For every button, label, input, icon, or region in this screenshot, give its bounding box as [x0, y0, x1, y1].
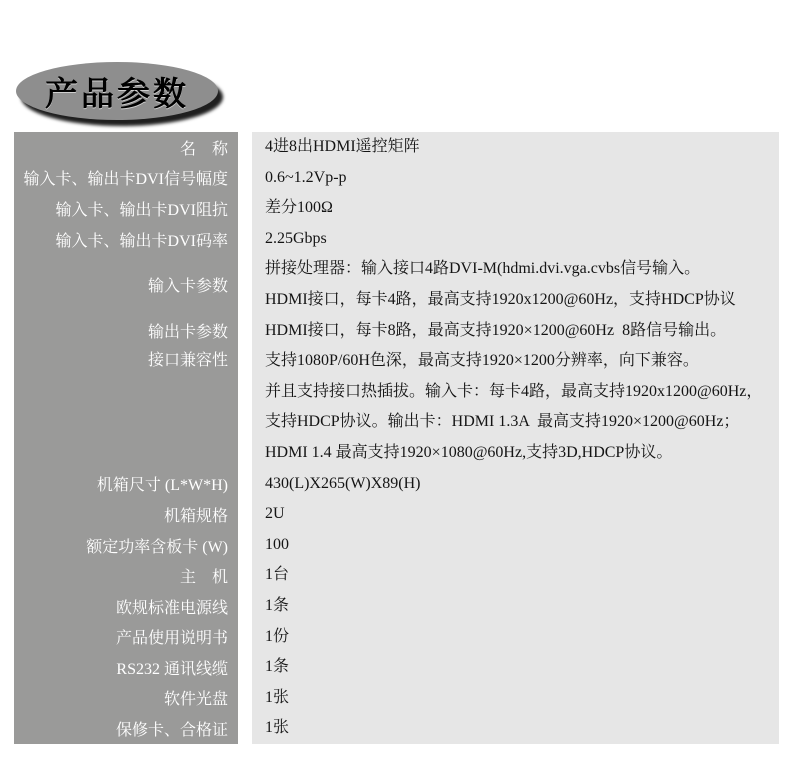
table-row: 软件光盘 1张: [14, 683, 779, 714]
spec-label: 输入卡参数: [14, 254, 238, 315]
spec-value-line: HDMI接口，每卡8路，最高支持1920×1200@60Hz 8路信号输出。: [265, 316, 779, 347]
spec-label: 名 称: [14, 132, 238, 163]
spec-value-line: 支持HDCP协议。输出卡：HDMI 1.3A 最高支持1920×1200@60H…: [265, 407, 779, 438]
spec-label-text: 接口兼容性: [148, 346, 228, 377]
spec-value: 1台: [252, 560, 779, 591]
table-row: 输入卡、输出卡DVI阻抗 差分100Ω: [14, 193, 779, 224]
spec-value-line: 1条: [265, 591, 779, 622]
column-gap: [238, 224, 252, 255]
table-row: 名 称 4进8出HDMI遥控矩阵: [14, 132, 779, 163]
spec-value-line: 2U: [265, 499, 779, 530]
spec-value-line: 2.25Gbps: [265, 224, 779, 255]
table-row: 输入卡、输出卡DVI码率 2.25Gbps: [14, 224, 779, 255]
spec-value-line: 0.6~1.2Vp-p: [265, 163, 779, 194]
column-gap: [238, 316, 252, 347]
spec-value: 1张: [252, 713, 779, 744]
spec-value-line: 1张: [265, 683, 779, 714]
spec-value-line: 并且支持接口热插拔。输入卡：每卡4路，最高支持1920x1200@60Hz，: [265, 377, 779, 408]
spec-label: 软件光盘: [14, 683, 238, 714]
column-gap: [238, 591, 252, 622]
spec-value-line: HDMI接口，每卡4路，最高支持1920x1200@60Hz，支持HDCP协议: [265, 285, 779, 316]
spec-label: 欧规标准电源线: [14, 591, 238, 622]
spec-value-line: 支持1080P/60H色深，最高支持1920×1200分辨率，向下兼容。: [265, 346, 779, 377]
table-row: RS232 通讯线缆 1条: [14, 652, 779, 683]
column-gap: [238, 469, 252, 500]
spec-value-line: 拼接处理器：输入接口4路DVI-M(hdmi.dvi.vga.cvbs信号输入。: [265, 254, 779, 285]
spec-label: 接口兼容性: [14, 346, 238, 468]
spec-value-line: HDMI 1.4 最高支持1920×1080@60Hz,支持3D,HDCP协议。: [265, 438, 779, 469]
spec-value: 1份: [252, 622, 779, 653]
spec-value: 0.6~1.2Vp-p: [252, 163, 779, 194]
table-row: 主 机 1台: [14, 560, 779, 591]
table-row: 接口兼容性 支持1080P/60H色深，最高支持1920×1200分辨率，向下兼…: [14, 346, 779, 468]
column-gap: [238, 713, 252, 744]
spec-label: 机箱尺寸 (L*W*H): [14, 469, 238, 500]
spec-value-line: 1份: [265, 622, 779, 653]
spec-label: 额定功率含板卡 (W): [14, 530, 238, 561]
spec-value-line: 100: [265, 530, 779, 561]
column-gap: [238, 622, 252, 653]
spec-table: 名 称 4进8出HDMI遥控矩阵 输入卡、输出卡DVI信号幅度 0.6~1.2V…: [14, 132, 779, 744]
table-row: 机箱规格 2U: [14, 499, 779, 530]
column-gap: [238, 530, 252, 561]
table-row: 机箱尺寸 (L*W*H) 430(L)X265(W)X89(H): [14, 469, 779, 500]
spec-value: 1张: [252, 683, 779, 714]
table-row: 输入卡参数 拼接处理器：输入接口4路DVI-M(hdmi.dvi.vga.cvb…: [14, 254, 779, 315]
spec-label: 输入卡、输出卡DVI信号幅度: [14, 163, 238, 194]
table-row: 保修卡、合格证 1张: [14, 713, 779, 744]
table-row: 产品使用说明书 1份: [14, 622, 779, 653]
spec-label: 保修卡、合格证: [14, 713, 238, 744]
spec-value: 100: [252, 530, 779, 561]
spec-value: 支持1080P/60H色深，最高支持1920×1200分辨率，向下兼容。 并且支…: [252, 346, 779, 468]
spec-value-line: 430(L)X265(W)X89(H): [265, 469, 779, 500]
table-row: 输出卡参数 HDMI接口，每卡8路，最高支持1920×1200@60Hz 8路信…: [14, 316, 779, 347]
column-gap: [238, 163, 252, 194]
spec-value-line: 1台: [265, 560, 779, 591]
spec-value: 拼接处理器：输入接口4路DVI-M(hdmi.dvi.vga.cvbs信号输入。…: [252, 254, 779, 315]
column-gap: [238, 254, 252, 315]
spec-label: RS232 通讯线缆: [14, 652, 238, 683]
spec-value: 差分100Ω: [252, 193, 779, 224]
column-gap: [238, 346, 252, 468]
column-gap: [238, 652, 252, 683]
spec-value: 4进8出HDMI遥控矩阵: [252, 132, 779, 163]
spec-value: 1条: [252, 652, 779, 683]
table-row: 输入卡、输出卡DVI信号幅度 0.6~1.2Vp-p: [14, 163, 779, 194]
page-title: 产品参数: [45, 68, 189, 115]
spec-value-line: 4进8出HDMI遥控矩阵: [265, 132, 779, 163]
column-gap: [238, 683, 252, 714]
column-gap: [238, 560, 252, 591]
spec-value: 1条: [252, 591, 779, 622]
spec-value: 2.25Gbps: [252, 224, 779, 255]
spec-value: 430(L)X265(W)X89(H): [252, 469, 779, 500]
spec-label: 产品使用说明书: [14, 622, 238, 653]
spec-value-line: 1条: [265, 652, 779, 683]
table-row: 欧规标准电源线 1条: [14, 591, 779, 622]
spec-label: 机箱规格: [14, 499, 238, 530]
spec-label: 输出卡参数: [14, 316, 238, 347]
column-gap: [238, 132, 252, 163]
product-params-badge: 产品参数: [16, 62, 218, 120]
table-row: 额定功率含板卡 (W) 100: [14, 530, 779, 561]
column-gap: [238, 499, 252, 530]
spec-value-line: 差分100Ω: [265, 193, 779, 224]
spec-label: 输入卡、输出卡DVI阻抗: [14, 193, 238, 224]
spec-value-line: 1张: [265, 713, 779, 744]
spec-label: 主 机: [14, 560, 238, 591]
spec-value: 2U: [252, 499, 779, 530]
spec-value: HDMI接口，每卡8路，最高支持1920×1200@60Hz 8路信号输出。: [252, 316, 779, 347]
column-gap: [238, 193, 252, 224]
spec-label: 输入卡、输出卡DVI码率: [14, 224, 238, 255]
